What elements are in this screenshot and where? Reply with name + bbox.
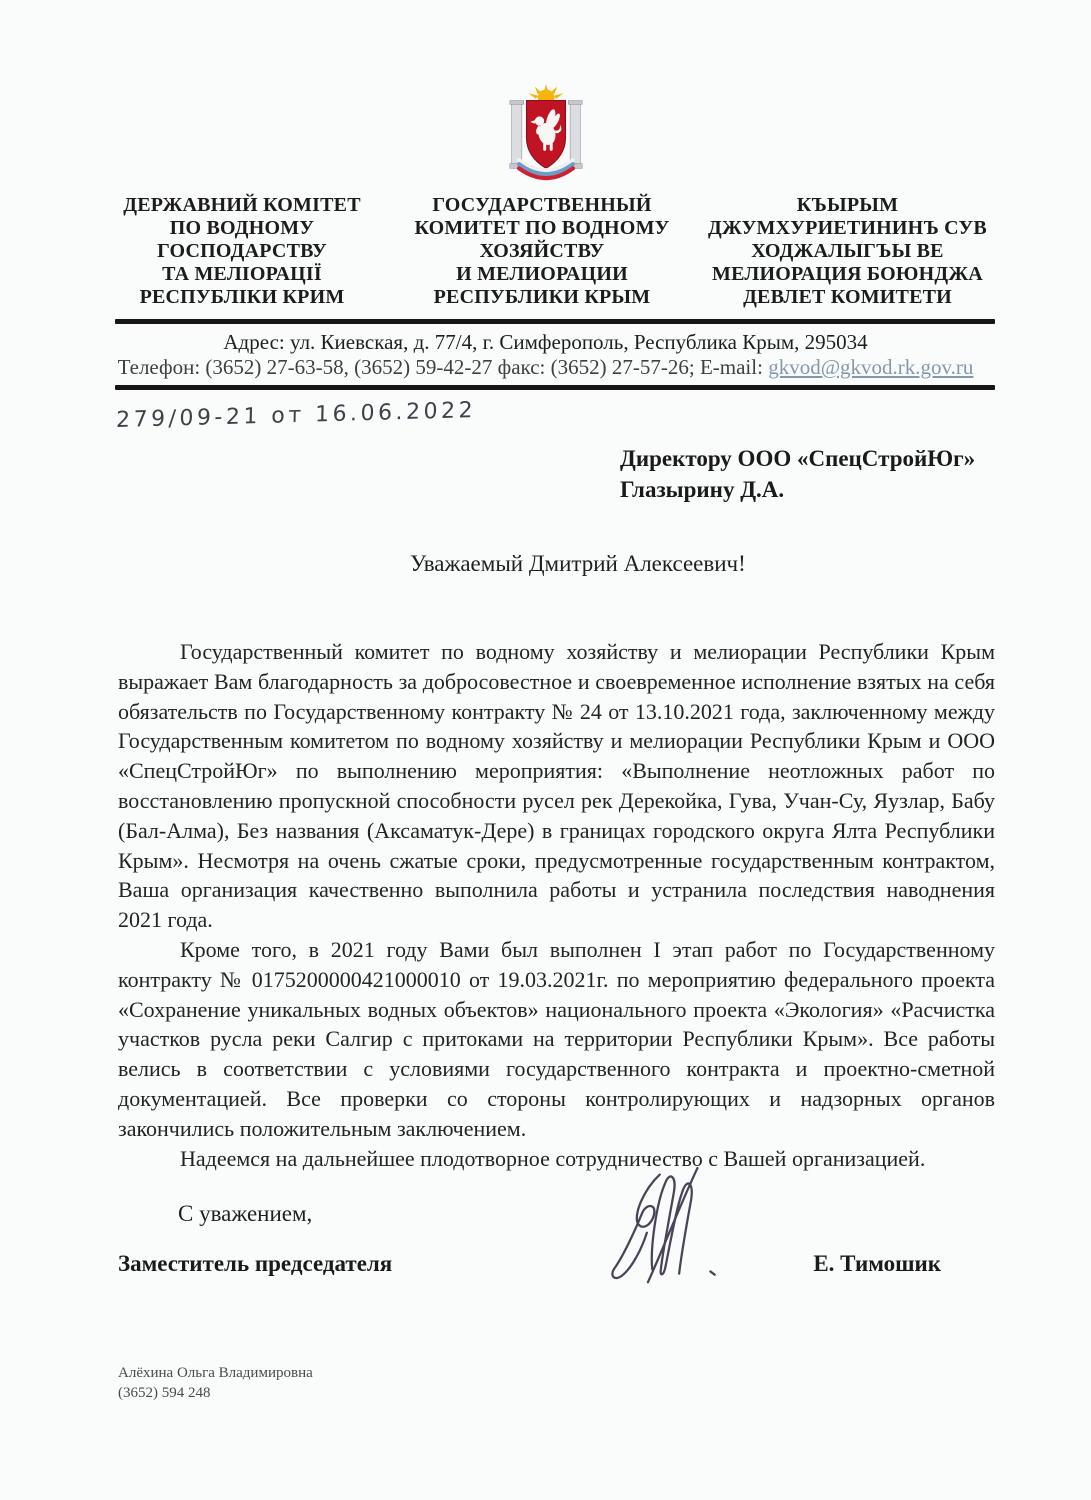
signer-title: Заместитель председателя	[118, 1251, 392, 1277]
body-paragraph-2: Кроме того, в 2021 году Вами был выполне…	[118, 935, 995, 1144]
executor-phone: (3652) 594 248	[118, 1383, 1091, 1403]
executor-block: Алёхина Ольга Владимировна (3652) 594 24…	[118, 1363, 1091, 1403]
org-name-ukrainian: ДЕРЖАВНИЙ КОМІТЕТ ПО ВОДНОМУ ГОСПОДАРСТВ…	[96, 194, 388, 309]
letterhead-divider-top	[115, 319, 995, 324]
org-name-crimean-tatar: КЪЫРЫМ ДЖУМХУРИЕТИНИНЪ СУВ ХОДЖАЛЫГЪЫ ВЕ…	[696, 194, 999, 309]
signature-row: Заместитель председателя Е. Тимошик	[118, 1251, 941, 1277]
right-column-icon	[568, 101, 582, 169]
letterhead-org-names: ДЕРЖАВНИЙ КОМІТЕТ ПО ВОДНОМУ ГОСПОДАРСТВ…	[96, 194, 999, 309]
signer-name: Е. Тимошик	[813, 1251, 941, 1277]
body-paragraph-3: Надеемся на дальнейшее плодотворное сотр…	[118, 1144, 995, 1174]
handwritten-reference-number: 279/09-21 от 16.06.2022	[116, 398, 477, 433]
letter-page: ДЕРЖАВНИЙ КОМІТЕТ ПО ВОДНОМУ ГОСПОДАРСТВ…	[0, 0, 1091, 1500]
letterhead-divider-bottom	[115, 385, 995, 390]
salutation: Уважаемый Дмитрий Алексеевич!	[410, 551, 1091, 577]
executor-name: Алёхина Ольга Владимировна	[118, 1363, 1091, 1383]
reference-row: 279/09-21 от 16.06.2022	[116, 403, 1091, 437]
phone-fax-text: Телефон: (3652) 27-63-58, (3652) 59-42-2…	[118, 355, 769, 379]
phone-fax-line: Телефон: (3652) 27-63-58, (3652) 59-42-2…	[0, 355, 1091, 380]
letter-body: Государственный комитет по водному хозяй…	[118, 637, 995, 1173]
recipient-block: Директору ООО «СпецСтройЮг» Глазырину Д.…	[620, 443, 1091, 505]
left-column-icon	[509, 101, 523, 169]
address-line: Адрес: ул. Киевская, д. 77/4, г. Симферо…	[0, 330, 1091, 355]
email-link[interactable]: gkvod@gkvod.rk.gov.ru	[768, 355, 973, 379]
crimea-coat-of-arms-emblem	[503, 82, 589, 186]
org-name-russian: ГОСУДАРСТВЕННЫЙ КОМИТЕТ ПО ВОДНОМУ ХОЗЯЙ…	[388, 194, 696, 309]
body-paragraph-1: Государственный комитет по водному хозяй…	[118, 637, 995, 935]
letterhead-contacts: Адрес: ул. Киевская, д. 77/4, г. Симферо…	[0, 330, 1091, 380]
valediction: С уважением,	[178, 1201, 1091, 1227]
